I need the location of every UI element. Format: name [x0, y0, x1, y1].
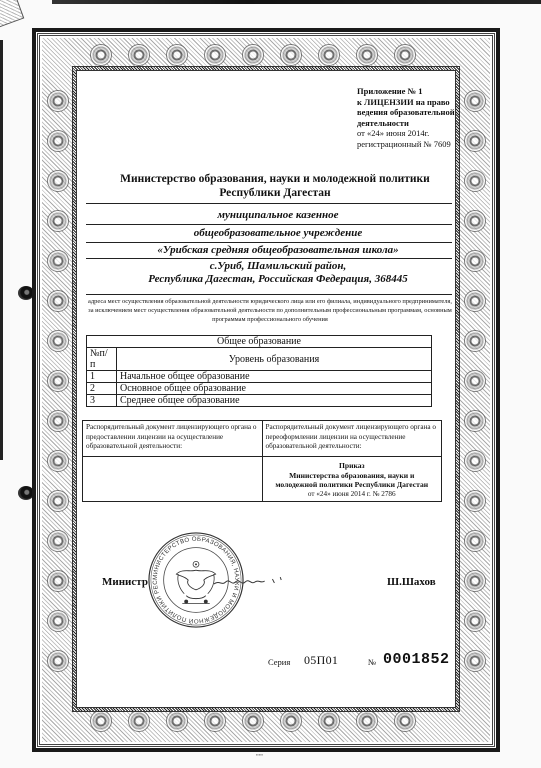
column-header: Уровень образования — [117, 348, 432, 371]
order-title: Приказ — [266, 461, 439, 471]
education-level: Среднее общее образование — [117, 395, 432, 407]
signer-name: Ш.Шахов — [387, 576, 436, 588]
series-label: Серия — [268, 657, 290, 667]
row-number: 1 — [87, 371, 117, 383]
table-row: 3 Среднее общее образование — [87, 395, 432, 407]
series-value: 05П01 — [304, 653, 338, 668]
row-number: 3 — [87, 395, 117, 407]
issuing-authority: Министерство образования, науки и молоде… — [100, 172, 450, 200]
order-date-number: от «24» июня 2014 г. № 2786 — [266, 490, 439, 500]
form-number-value: 0001852 — [383, 651, 450, 668]
issuing-authority-line: Республики Дагестан — [100, 186, 450, 200]
appendix-header: Приложение № 1 к ЛИЦЕНЗИИ на право веден… — [357, 86, 457, 150]
form-number-label: № — [368, 657, 376, 667]
licensee-type: муниципальное казенное — [120, 209, 436, 222]
appendix-date: от «24» июня 2014г. — [357, 128, 457, 139]
order-issuer: молодежной политики Республики Дагестан — [266, 480, 439, 490]
table-caption: Общее образование — [87, 336, 432, 348]
column-header: №п/п — [87, 348, 117, 371]
divider — [86, 242, 452, 243]
divider — [86, 294, 452, 295]
signer-title: Министр — [102, 576, 148, 588]
appendix-license-ref: ведения образовательной — [357, 107, 457, 118]
table-header-row: №п/п Уровень образования — [87, 348, 432, 371]
address-note: адреса мест осуществления образовательно… — [88, 297, 452, 324]
divider — [86, 224, 452, 225]
grant-order-value — [83, 457, 263, 502]
appendix-license-ref: к ЛИЦЕНЗИИ на право — [357, 97, 457, 108]
divider — [86, 203, 452, 204]
education-level: Основное общее образование — [117, 383, 432, 395]
reissue-order-value: Приказ Министерства образования, науки и… — [262, 457, 442, 502]
signature-icon — [212, 574, 290, 588]
licensee-type: общеобразовательное учреждение — [120, 227, 436, 240]
divider — [86, 258, 452, 259]
reissue-order-label: Распорядительный документ лицензирующего… — [262, 421, 442, 457]
education-level: Начальное общее образование — [117, 371, 432, 383]
appendix-registration-number: регистрационный № 7609 — [357, 139, 457, 150]
order-issuer: Министерства образования, науки и — [266, 471, 439, 481]
grant-order-label: Распорядительный документ лицензирующего… — [83, 421, 263, 457]
education-levels-table: Общее образование №п/п Уровень образован… — [86, 335, 432, 407]
licensee-address: с.Уриб, Шамильский район, — [120, 260, 436, 273]
printer-mark: ▪▪▪▪▪ — [256, 752, 263, 757]
licensee-name: «Урибская средняя общеобразовательная шк… — [110, 244, 446, 257]
table-row: 2 Основное общее образование — [87, 383, 432, 395]
document-page: Приложение № 1 к ЛИЦЕНЗИИ на право веден… — [0, 0, 541, 768]
table-row: 1 Начальное общее образование — [87, 371, 432, 383]
appendix-license-ref: деятельности — [357, 118, 457, 129]
appendix-number: Приложение № 1 — [357, 86, 457, 97]
administrative-orders-table: Распорядительный документ лицензирующего… — [82, 420, 442, 502]
licensee-address: Республика Дагестан, Российская Федераци… — [110, 273, 446, 286]
row-number: 2 — [87, 383, 117, 395]
issuing-authority-line: Министерство образования, науки и молоде… — [100, 172, 450, 186]
